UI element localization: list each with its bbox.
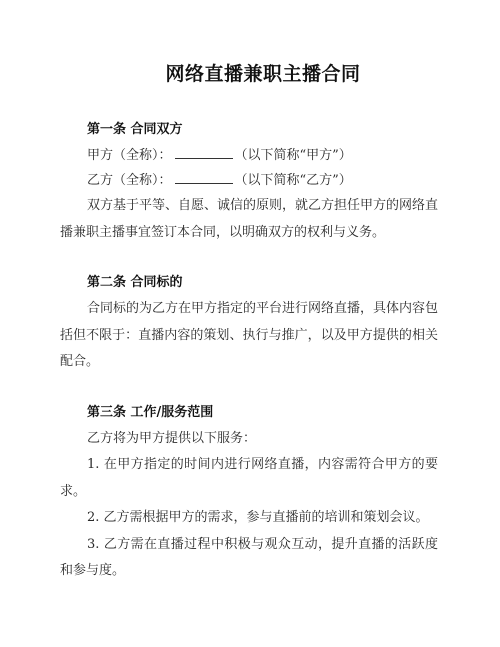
section-subject: 第二条 合同标的 合同标的为乙方在甲方指定的平台进行网络直播，具体内容包括但不限… bbox=[60, 270, 438, 376]
scope-item: 1. 在甲方指定的时间内进行网络直播，内容需符合甲方的要求。 bbox=[60, 452, 438, 505]
scope-item: 3. 乙方需在直播过程中积极与观众互动，提升直播的活跃度和参与度。 bbox=[60, 532, 438, 585]
section-heading: 第一条 合同双方 bbox=[60, 117, 438, 143]
section-heading: 第三条 工作/服务范围 bbox=[60, 400, 438, 426]
party-a-line: 甲方（全称）：（以下简称“甲方”） bbox=[60, 143, 438, 168]
party-b-name-field[interactable] bbox=[175, 169, 233, 184]
section-scope: 第三条 工作/服务范围 乙方将为甲方提供以下服务： 1. 在甲方指定的时间内进行… bbox=[60, 400, 438, 585]
party-b-label: 乙方（全称）： bbox=[87, 173, 172, 188]
party-b-alias: （以下简称“乙方”） bbox=[235, 173, 352, 188]
scope-intro: 乙方将为甲方提供以下服务： bbox=[60, 426, 438, 453]
document-body: 第一条 合同双方 甲方（全称）：（以下简称“甲方”） 乙方（全称）：（以下简称“… bbox=[60, 117, 438, 585]
section-spacer bbox=[60, 246, 438, 270]
paragraph: 双方基于平等、自愿、诚信的原则，就乙方担任甲方的网络直播兼职主播事宜签订本合同，… bbox=[60, 193, 438, 246]
party-a-label: 甲方（全称）： bbox=[87, 148, 172, 163]
party-b-line: 乙方（全称）：（以下简称“乙方”） bbox=[60, 168, 438, 193]
section-spacer bbox=[60, 376, 438, 400]
party-a-alias: （以下简称“甲方”） bbox=[235, 148, 352, 163]
party-a-name-field[interactable] bbox=[175, 144, 233, 159]
scope-item: 2. 乙方需根据甲方的需求，参与直播前的培训和策划会议。 bbox=[60, 505, 438, 532]
section-parties: 第一条 合同双方 甲方（全称）：（以下简称“甲方”） 乙方（全称）：（以下简称“… bbox=[60, 117, 438, 246]
document-title: 网络直播兼职主播合同 bbox=[0, 60, 500, 88]
section-heading: 第二条 合同标的 bbox=[60, 270, 438, 296]
document-page: 网络直播兼职主播合同 第一条 合同双方 甲方（全称）：（以下简称“甲方”） 乙方… bbox=[0, 0, 500, 647]
paragraph: 合同标的为乙方在甲方指定的平台进行网络直播，具体内容包括但不限于：直播内容的策划… bbox=[60, 296, 438, 376]
